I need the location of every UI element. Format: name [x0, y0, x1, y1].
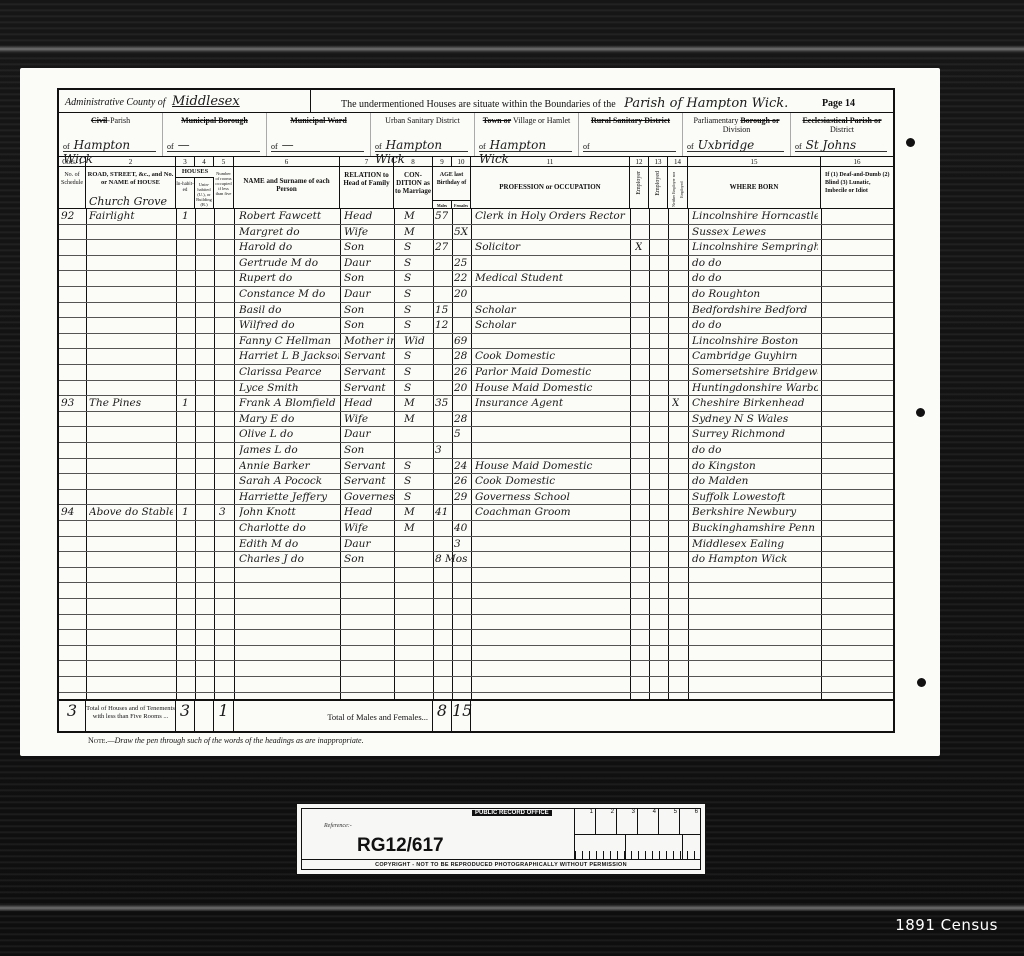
occupation: Cook Domestic: [475, 475, 627, 487]
birthplace: Lincolnshire Boston: [692, 335, 818, 347]
occupation: Insurance Agent: [475, 397, 627, 409]
copyright-notice: COPYRIGHT - NOT TO BE REPRODUCED PHOTOGR…: [302, 859, 700, 869]
district-municipal-ward: Municipal Ward of—: [267, 113, 371, 156]
punch-hole: [916, 408, 925, 417]
relation-to-head: Son: [344, 444, 394, 456]
total-inhabited: 3: [176, 701, 195, 733]
table-row: Harold doSonS27SolicitorXLincolnshire Se…: [59, 240, 893, 256]
table-row: Wilfred doSonS12Scholardo do: [59, 318, 893, 334]
schedule-number: 92: [61, 210, 74, 222]
occupation: Coachman Groom: [475, 506, 627, 518]
rooms-count: 3: [219, 506, 226, 518]
marital-condition: M: [404, 226, 415, 238]
district-rural-sanitary: Rural Sanitary District of: [579, 113, 683, 156]
birthplace: Sussex Lewes: [692, 226, 818, 238]
punch-hole: [906, 138, 915, 147]
person-name: Mary E do: [239, 413, 339, 425]
female-age: 69: [454, 335, 467, 347]
census-entries: 92Fairlight1Robert FawcettHeadM57Clerk i…: [59, 209, 893, 699]
occupation: House Maid Domestic: [475, 382, 627, 394]
occupation: Cook Domestic: [475, 350, 627, 362]
district-row: Civil-Parish ofHampton Wick Municipal Bo…: [59, 113, 893, 157]
marital-condition: S: [404, 319, 411, 331]
relation-to-head: Son: [344, 553, 394, 565]
header-employed: Employed: [649, 167, 668, 208]
table-row: Basil doSonS15ScholarBedfordshire Bedfor…: [59, 303, 893, 319]
person-name: Clarissa Pearce: [239, 366, 339, 378]
birthplace: do do: [692, 319, 818, 331]
person-name: Gertrude M do: [239, 257, 339, 269]
birthplace: do do: [692, 257, 818, 269]
boundary-value: Parish of Hampton Wick.: [624, 96, 788, 111]
occupation: Governess School: [475, 491, 627, 503]
person-name: Frank A Blomfield: [239, 397, 339, 409]
marital-condition: M: [404, 522, 415, 534]
birthplace: Lincolnshire Sempringham: [692, 241, 818, 253]
person-name: Harold do: [239, 241, 339, 253]
birthplace: do do: [692, 444, 818, 456]
empty-row: [59, 677, 893, 693]
relation-to-head: Daur: [344, 428, 394, 440]
person-name: Margret do: [239, 226, 339, 238]
table-row: 93The Pines1Frank A BlomfieldHeadM35Insu…: [59, 396, 893, 412]
occupation: Medical Student: [475, 272, 627, 284]
birthplace: Berkshire Newbury: [692, 506, 818, 518]
relation-to-head: Wife: [344, 413, 394, 425]
header-relation: RELATION to Head of Family: [340, 167, 394, 208]
birthplace: Surrey Richmond: [692, 428, 818, 440]
person-name: Charlotte do: [239, 522, 339, 534]
birthplace: Lincolnshire Horncastle: [692, 210, 818, 222]
male-age: 3: [435, 444, 442, 456]
header-inhabited: In-habit-ed: [176, 178, 195, 208]
header-occupation: PROFESSION or OCCUPATION: [471, 167, 630, 208]
relation-to-head: Son: [344, 241, 394, 253]
district-ecclesiastical: Ecclesiastical Parish orDistrict ofSt Jo…: [791, 113, 893, 156]
empty-row: [59, 583, 893, 599]
district-village: Town or Village or Hamlet ofHampton Wick: [475, 113, 579, 156]
empty-row: [59, 599, 893, 615]
person-name: Edith M do: [239, 538, 339, 550]
form-note: Note.—Draw the pen through such of the w…: [88, 736, 364, 745]
birthplace: Buckinghamshire Penn: [692, 522, 818, 534]
person-name: Lyce Smith: [239, 382, 339, 394]
header-neither: Neither Employer nor Employed: [668, 167, 688, 208]
header-schedule: No. of Schedule: [59, 167, 86, 208]
table-row: 92Fairlight1Robert FawcettHeadM57Clerk i…: [59, 209, 893, 225]
female-age: 3: [454, 538, 461, 550]
header-males: Males: [433, 200, 452, 208]
relation-to-head: Head: [344, 397, 394, 409]
female-age: 28: [454, 413, 467, 425]
relation-to-head: Daur: [344, 538, 394, 550]
relation-to-head: Wife: [344, 522, 394, 534]
marital-condition: S: [404, 288, 411, 300]
header-name: NAME and Surname of each Person: [234, 167, 340, 208]
person-name: Sarah A Pocock: [239, 475, 339, 487]
relation-to-head: Daur: [344, 288, 394, 300]
person-name: Robert Fawcett: [239, 210, 339, 222]
header-females: Females: [452, 200, 471, 208]
employer-mark: X: [635, 241, 642, 253]
birthplace: do Kingston: [692, 460, 818, 472]
person-name: Rupert do: [239, 272, 339, 284]
male-age: 12: [435, 319, 448, 331]
total-schedules: 3: [59, 701, 86, 733]
relation-to-head: Son: [344, 272, 394, 284]
female-age: 26: [454, 366, 467, 378]
table-row: Edith M doDaur3Middlesex Ealing: [59, 537, 893, 553]
film-edge-top: [0, 46, 1024, 52]
district-civil-parish: Civil-Parish ofHampton Wick: [59, 113, 163, 156]
occupation: Solicitor: [475, 241, 627, 253]
person-name: Constance M do: [239, 288, 339, 300]
form-header: Administrative County of Middlesex The u…: [59, 90, 893, 113]
empty-row: [59, 661, 893, 677]
marital-condition: S: [404, 475, 411, 487]
empty-row: [59, 615, 893, 631]
marital-condition: M: [404, 210, 415, 222]
table-row: Harriette JefferyGovernessS29Governess S…: [59, 490, 893, 506]
total-persons-label: Total of Males and Females...: [234, 701, 433, 733]
table-row: James L doSon3do do: [59, 443, 893, 459]
birthplace: do Roughton: [692, 288, 818, 300]
header-rooms: Number of rooms occupied if less than fi…: [214, 167, 234, 208]
table-row: Rupert doSonS22Medical Studentdo do: [59, 271, 893, 287]
person-name: Harriette Jeffery: [239, 491, 339, 503]
scale-ruler: 1 2 3 4 5 6: [574, 809, 700, 859]
census-year-caption: 1891 Census: [895, 916, 998, 934]
person-name: Fanny C Hellman: [239, 335, 339, 347]
marital-condition: S: [404, 382, 411, 394]
schedule-number: 94: [61, 506, 74, 518]
marital-condition: Wid: [404, 335, 425, 347]
public-record-office-label: PUBLIC RECORD OFFICE: [472, 810, 552, 816]
occupation: Scholar: [475, 304, 627, 316]
county-value: Middlesex: [172, 94, 240, 109]
relation-to-head: Head: [344, 506, 394, 518]
column-headers: No. of Schedule ROAD, STREET, &c., and N…: [59, 167, 893, 209]
table-row: Olive L doDaur5Surrey Richmond: [59, 427, 893, 443]
female-age: 40: [454, 522, 467, 534]
female-age: 24: [454, 460, 467, 472]
reference-code: RG12/617: [357, 835, 444, 857]
birthplace: Cambridge Guyhirn: [692, 350, 818, 362]
male-age: 15: [435, 304, 448, 316]
header-infirmity: If (1) Deaf-and-Dumb (2) Blind (3) Lunat…: [821, 167, 893, 208]
birthplace: Cheshire Birkenhead: [692, 397, 818, 409]
birthplace: do Malden: [692, 475, 818, 487]
table-row: Constance M doDaurS20do Roughton: [59, 287, 893, 303]
boundary-statement: The undermentioned Houses are situate wi…: [341, 96, 788, 111]
table-row: Harriet L B JacksonServantS28Cook Domest…: [59, 349, 893, 365]
table-row: Charlotte doWifeM40Buckinghamshire Penn: [59, 521, 893, 537]
census-form: Administrative County of Middlesex The u…: [57, 88, 895, 733]
male-age: 57: [435, 210, 448, 222]
header-condition: CON-DITION as to Marriage: [394, 167, 433, 208]
table-row: 94Above do Stables13John KnottHeadM41Coa…: [59, 505, 893, 521]
occupation: Parlor Maid Domestic: [475, 366, 627, 378]
female-age: 28: [454, 350, 467, 362]
district-municipal-borough: Municipal Borough of—: [163, 113, 267, 156]
relation-to-head: Wife: [344, 226, 394, 238]
marital-condition: M: [404, 506, 415, 518]
inhabited-count: 1: [182, 506, 189, 518]
relation-to-head: Son: [344, 304, 394, 316]
person-name: Annie Barker: [239, 460, 339, 472]
male-age: 27: [435, 241, 448, 253]
relation-to-head: Governess: [344, 491, 394, 503]
occupation: Clerk in Holy Orders Rector Rtd: [475, 210, 627, 222]
table-row: Charles J doSon8 Mosdo Hampton Wick: [59, 552, 893, 568]
occupation: House Maid Domestic: [475, 460, 627, 472]
reference-slip: PUBLIC RECORD OFFICE Reference:- RG12/61…: [296, 803, 706, 875]
table-row: Margret doWifeM5XSussex Lewes: [59, 225, 893, 241]
marital-condition: S: [404, 304, 411, 316]
female-age: 22: [454, 272, 467, 284]
birthplace: Bedfordshire Bedford: [692, 304, 818, 316]
male-age: 41: [435, 506, 448, 518]
house-name: Fairlight: [89, 210, 173, 222]
birthplace: Somersetshire Bridgewater: [692, 366, 818, 378]
neither-mark: X: [672, 397, 679, 409]
person-name: Charles J do: [239, 553, 339, 565]
empty-row: [59, 630, 893, 646]
birthplace: do Hampton Wick: [692, 553, 818, 565]
inhabited-count: 1: [182, 210, 189, 222]
total-houses-label: Total of Houses and of Tenements with le…: [86, 701, 176, 733]
table-row: Sarah A PocockServantS26Cook Domesticdo …: [59, 474, 893, 490]
relation-to-head: Servant: [344, 350, 394, 362]
relation-to-head: Servant: [344, 382, 394, 394]
female-age: 29: [454, 491, 467, 503]
marital-condition: S: [404, 272, 411, 284]
birthplace: do do: [692, 272, 818, 284]
marital-condition: S: [404, 350, 411, 362]
relation-to-head: Son: [344, 319, 394, 331]
table-row: Fanny C HellmanMother in LawWid69Lincoln…: [59, 334, 893, 350]
table-row: Clarissa PearceServantS26Parlor Maid Dom…: [59, 365, 893, 381]
total-females: 15: [452, 701, 471, 733]
header-uninhabited: Unin-habited (U.), or Building (B.): [195, 178, 214, 208]
schedule-number: 93: [61, 397, 74, 409]
empty-row: [59, 568, 893, 584]
district-urban-sanitary: Urban Sanitary District ofHampton Wick: [371, 113, 475, 156]
female-age: 25: [454, 257, 467, 269]
empty-row: [59, 646, 893, 662]
marital-condition: S: [404, 257, 411, 269]
marital-condition: S: [404, 366, 411, 378]
birthplace: Sydney N S Wales: [692, 413, 818, 425]
birthplace: Suffolk Lowestoft: [692, 491, 818, 503]
marital-condition: S: [404, 460, 411, 472]
total-rooms: 1: [214, 701, 234, 733]
female-age: 5: [454, 428, 461, 440]
birthplace: Huntingdonshire Warboys: [692, 382, 818, 394]
house-name: Above do Stables: [89, 506, 173, 518]
female-age: 20: [454, 382, 467, 394]
relation-to-head: Head: [344, 210, 394, 222]
totals-row: 3 Total of Houses and of Tenements with …: [59, 699, 893, 733]
relation-to-head: Servant: [344, 366, 394, 378]
marital-condition: S: [404, 491, 411, 503]
person-name: Basil do: [239, 304, 339, 316]
film-edge-bottom: [0, 905, 1024, 911]
column-numbers: Cols. 1 2 3 4 5 6 7 8 9 10 11 12 13 14 1…: [59, 157, 893, 167]
table-row: Gertrude M doDaurS25do do: [59, 256, 893, 272]
page-number: Page 14: [822, 98, 855, 109]
occupation: Scholar: [475, 319, 627, 331]
person-name: Wilfred do: [239, 319, 339, 331]
female-age: 26: [454, 475, 467, 487]
punch-hole: [917, 678, 926, 687]
table-row: Lyce SmithServantS20House Maid DomesticH…: [59, 381, 893, 397]
person-name: Olive L do: [239, 428, 339, 440]
street-heading: Church Grove: [89, 195, 167, 208]
marital-condition: M: [404, 413, 415, 425]
male-age: 8 Mos: [435, 553, 467, 565]
house-name: The Pines: [89, 397, 173, 409]
person-name: John Knott: [239, 506, 339, 518]
male-age: 35: [435, 397, 448, 409]
reference-label: Reference:-: [324, 823, 352, 829]
marital-condition: S: [404, 241, 411, 253]
relation-to-head: Servant: [344, 475, 394, 487]
table-row: Annie BarkerServantS24House Maid Domesti…: [59, 459, 893, 475]
administrative-county: Administrative County of Middlesex: [59, 90, 311, 113]
female-age: 5X: [454, 226, 468, 238]
header-employer: Employer: [630, 167, 649, 208]
birthplace: Middlesex Ealing: [692, 538, 818, 550]
person-name: James L do: [239, 444, 339, 456]
inhabited-count: 1: [182, 397, 189, 409]
header-where-born: WHERE BORN: [688, 167, 821, 208]
district-parliamentary: Parliamentary Borough orDivision ofUxbri…: [683, 113, 791, 156]
table-row: Mary E doWifeM28Sydney N S Wales: [59, 412, 893, 428]
person-name: Harriet L B Jackson: [239, 350, 339, 362]
relation-to-head: Mother in Law: [344, 335, 394, 347]
marital-condition: M: [404, 397, 415, 409]
relation-to-head: Servant: [344, 460, 394, 472]
total-males: 8: [433, 701, 452, 733]
female-age: 20: [454, 288, 467, 300]
relation-to-head: Daur: [344, 257, 394, 269]
